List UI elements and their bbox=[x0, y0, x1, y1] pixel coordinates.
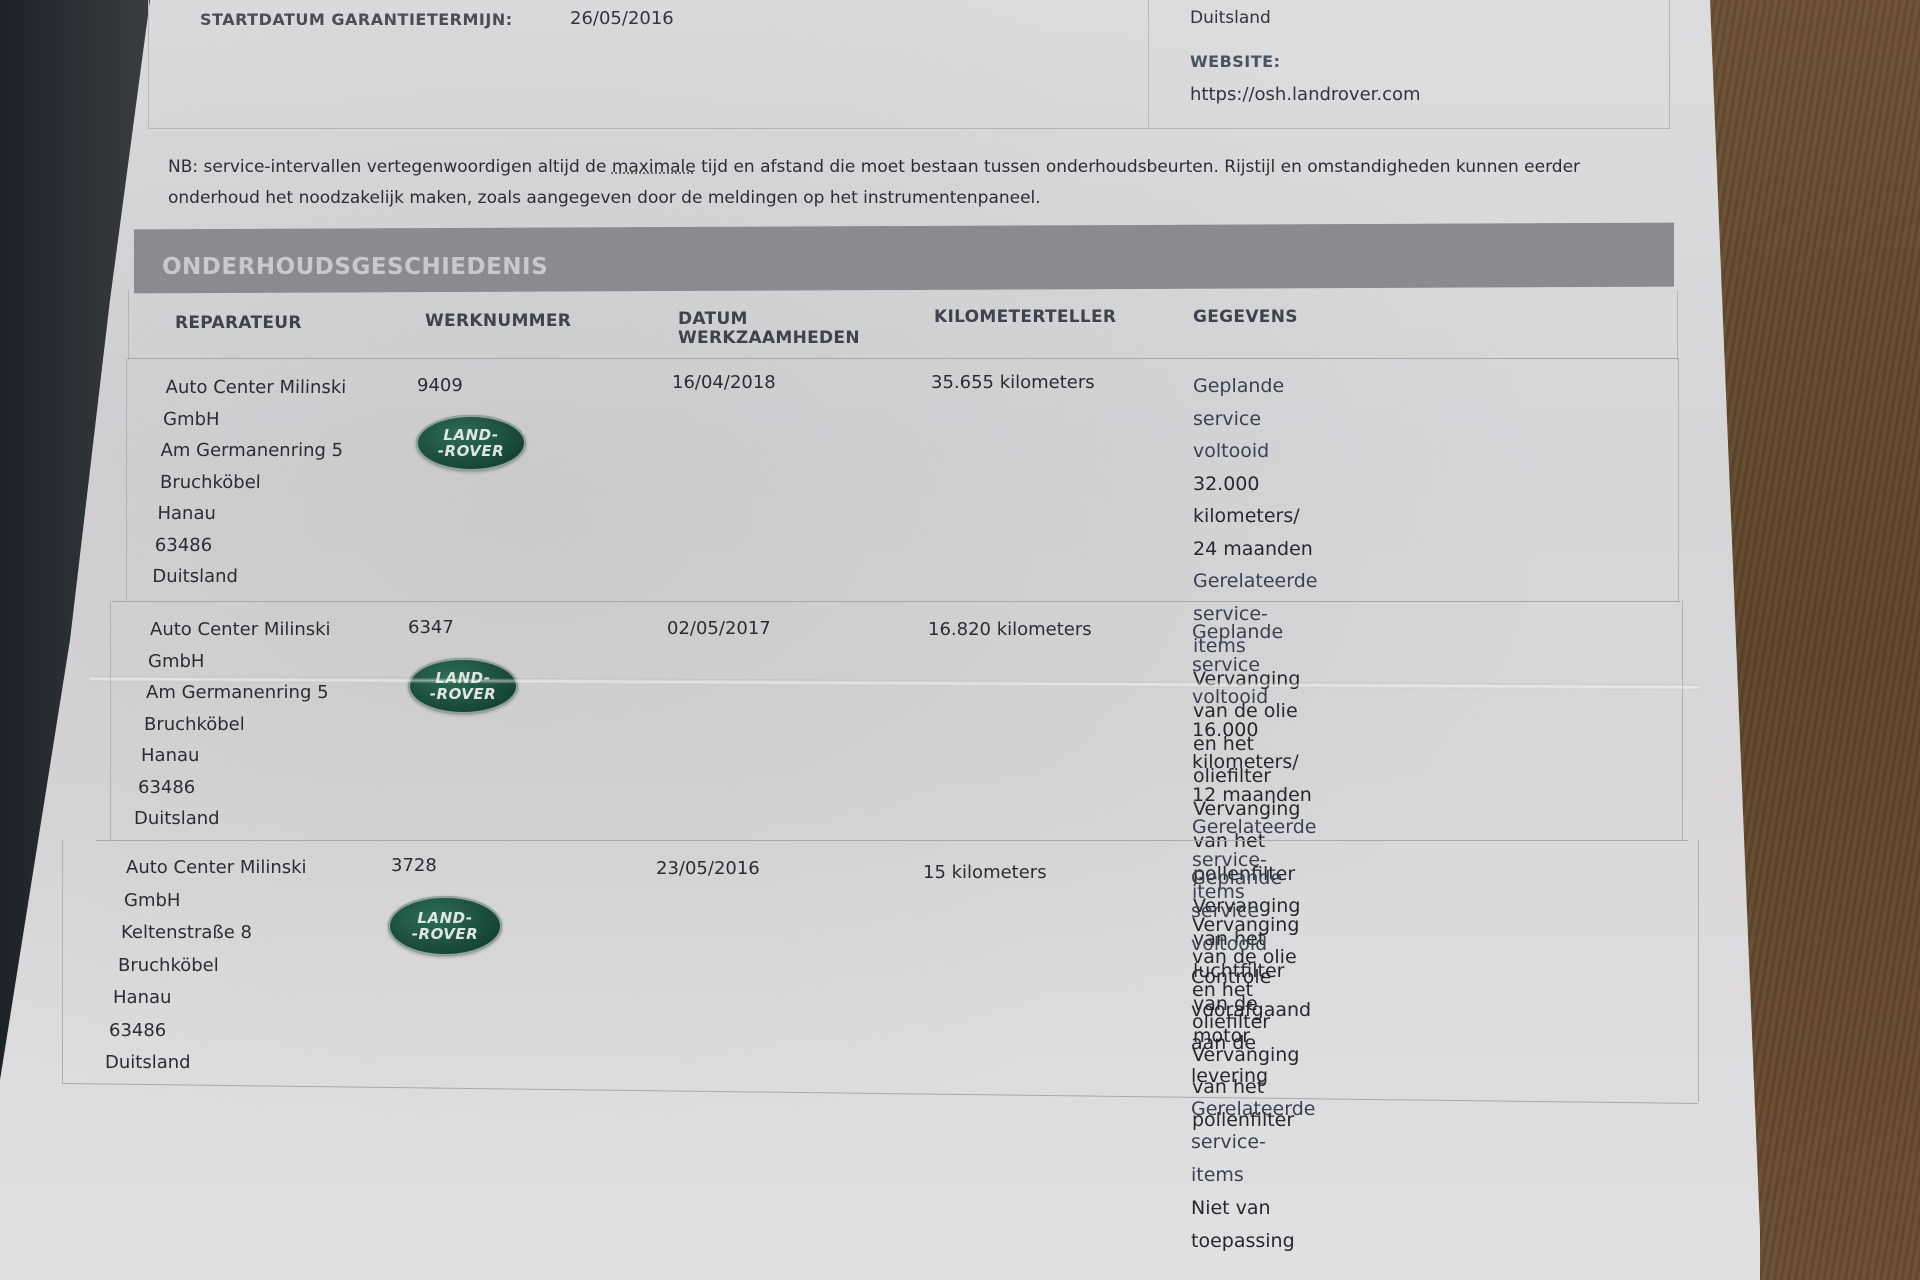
detail-item: Geplande service voltooid bbox=[1193, 370, 1317, 468]
work-number: 9409 bbox=[417, 375, 463, 396]
work-number: 6347 bbox=[408, 617, 454, 638]
service-interval-note: NB: service-intervallen vertegenwoordige… bbox=[168, 152, 1658, 214]
row-3-right-border bbox=[1698, 840, 1699, 1102]
logo-text-line2: -ROVER bbox=[438, 443, 504, 459]
website-label: WEBSITE: bbox=[1190, 52, 1281, 71]
repairer-country: Duitsland bbox=[134, 803, 331, 835]
repairer-town: Bruchköbel bbox=[160, 467, 345, 499]
repairer-city: Hanau bbox=[141, 740, 331, 772]
repairer-town: Bruchköbel bbox=[144, 709, 331, 741]
detail-item: Niet van toepassing bbox=[1191, 1192, 1315, 1258]
repairer-country: Duitsland bbox=[152, 561, 343, 593]
repairer-postcode: 63486 bbox=[138, 772, 331, 804]
section-title: ONDERHOUDSGESCHIEDENIS bbox=[162, 254, 548, 280]
row-2-left-border bbox=[110, 601, 111, 841]
col-header-odometer: KILOMETERTELLER bbox=[934, 308, 1116, 327]
repairer-town: Bruchköbel bbox=[118, 950, 307, 983]
service-details: Geplande service voltooid Controle voora… bbox=[1191, 862, 1315, 1258]
warranty-start-label: STARTDATUM GARANTIETERMIJN: bbox=[200, 10, 513, 29]
land-rover-logo-icon: LAND- -ROVER bbox=[388, 896, 502, 956]
detail-item: 32.000 kilometers/ 24 maanden bbox=[1193, 468, 1317, 566]
repairer-company-suffix: GmbH bbox=[163, 404, 346, 436]
repairer-country: Duitsland bbox=[105, 1047, 307, 1080]
detail-item: Gerelateerde service-items bbox=[1191, 1093, 1315, 1192]
row-1-right-border bbox=[1678, 358, 1679, 602]
warranty-start-value: 26/05/2016 bbox=[570, 8, 674, 29]
row-2-right-border bbox=[1682, 601, 1683, 841]
repairer-city: Hanau bbox=[157, 498, 344, 530]
repairer-address: Auto Center Milinski GmbH Am Germanenrin… bbox=[158, 372, 346, 593]
repairer-name: Auto Center Milinski bbox=[165, 372, 346, 404]
repairer-postcode: 63486 bbox=[155, 530, 344, 562]
repairer-address: Auto Center Milinski GmbH Am Germanenrin… bbox=[144, 614, 331, 835]
repairer-city: Hanau bbox=[113, 982, 307, 1015]
work-number: 3728 bbox=[391, 855, 437, 876]
land-rover-logo-icon: LAND- -ROVER bbox=[416, 415, 526, 471]
detail-item: Geplande service voltooid bbox=[1192, 616, 1316, 714]
repairer-postcode: 63486 bbox=[109, 1015, 307, 1048]
note-emphasis: maximale bbox=[612, 157, 696, 177]
header-divider bbox=[1148, 0, 1149, 128]
logo-text-line2: -ROVER bbox=[412, 926, 478, 942]
work-date: 16/04/2018 bbox=[672, 372, 776, 393]
repairer-street: Keltenstraße 8 bbox=[121, 917, 307, 950]
col-header-date-line1: DATUM bbox=[678, 310, 860, 329]
repairer-name: Auto Center Milinski bbox=[150, 614, 331, 646]
col-header-work-number: WERKNUMMER bbox=[425, 312, 571, 331]
repairer-company-suffix: GmbH bbox=[124, 885, 307, 918]
website-link[interactable]: https://osh.landrover.com bbox=[1190, 84, 1421, 105]
note-prefix: NB: service-intervallen vertegenwoordige… bbox=[168, 157, 612, 177]
odometer-reading: 15 kilometers bbox=[923, 862, 1047, 883]
header-bottom-line bbox=[128, 358, 1678, 359]
col-header-date-line2: WERKZAAMHEDEN bbox=[678, 329, 860, 348]
row-divider bbox=[96, 840, 1688, 841]
land-rover-logo-icon: LAND- -ROVER bbox=[408, 658, 518, 714]
repairer-street: Am Germanenring 5 bbox=[160, 435, 345, 467]
detail-item: Controle voorafgaand aan de levering bbox=[1191, 961, 1315, 1093]
col-header-repairer: REPARATEUR bbox=[175, 314, 302, 333]
work-date: 23/05/2016 bbox=[656, 858, 760, 879]
row-3-left-border bbox=[62, 840, 63, 1084]
odometer-reading: 16.820 kilometers bbox=[928, 619, 1092, 640]
col-header-details: GEGEVENS bbox=[1193, 308, 1298, 327]
country-value: Duitsland bbox=[1190, 8, 1271, 28]
row-1-left-border bbox=[126, 358, 127, 602]
detail-item: Geplande service voltooid bbox=[1191, 862, 1315, 961]
work-date: 02/05/2017 bbox=[667, 618, 771, 639]
logo-text-line2: -ROVER bbox=[430, 686, 496, 702]
repairer-company-suffix: GmbH bbox=[148, 646, 331, 678]
repairer-address: Auto Center Milinski GmbH Keltenstraße 8… bbox=[118, 852, 307, 1080]
odometer-reading: 35.655 kilometers bbox=[931, 372, 1095, 393]
col-header-date: DATUM WERKZAAMHEDEN bbox=[678, 310, 860, 348]
logo-text-line1: LAND- bbox=[443, 427, 498, 443]
table-header-box bbox=[128, 290, 1678, 360]
logo-text-line1: LAND- bbox=[417, 910, 472, 926]
repairer-name: Auto Center Milinski bbox=[126, 852, 307, 885]
row-divider bbox=[112, 601, 1680, 602]
detail-item: 16.000 kilometers/ 12 maanden bbox=[1192, 714, 1316, 812]
